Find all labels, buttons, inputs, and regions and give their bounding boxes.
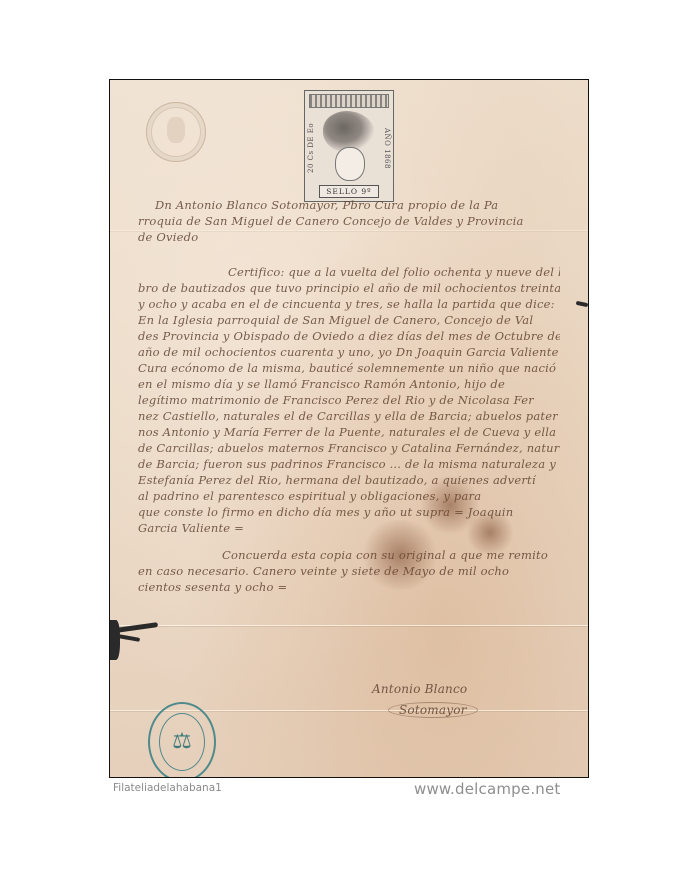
stamp-ornament-band <box>309 94 389 108</box>
handwritten-line: Certifico: que a la vuelta del folio och… <box>228 265 560 279</box>
document-scan: 20 Cs DE Eo AÑO 1868 SELLO 9º Dn Antonio… <box>109 79 589 778</box>
shield-icon <box>335 147 365 181</box>
stamp-label: SELLO 9º <box>319 185 379 198</box>
embossed-dry-seal-icon <box>146 102 206 162</box>
handwritten-line: en el mismo día y se llamó Francisco Ram… <box>138 377 505 391</box>
ink-stain <box>465 510 515 555</box>
handwritten-line: des Provincia y Obispado de Oviedo a die… <box>138 329 560 343</box>
ink-blot-mark <box>118 634 140 642</box>
handwritten-line: de Barcia; fueron sus padrinos Francisco… <box>138 457 556 471</box>
handwritten-line: cientos sesenta y ocho = <box>138 580 287 594</box>
signature-surname: Sotomayor <box>388 702 478 718</box>
handwritten-line: legítimo matrimonio de Francisco Perez d… <box>138 393 534 407</box>
ink-blot-mark <box>116 622 158 633</box>
handwritten-line: de Oviedo <box>138 230 198 244</box>
parish-seal: PARROQUIA DE Sn MIGUEL DE CANERO ⚖ <box>148 702 216 778</box>
ink-stain <box>360 520 440 590</box>
handwritten-line: en caso necesario. Canero veinte y siete… <box>138 564 509 578</box>
seller-caption: Filateliadelahabana1 <box>113 782 222 794</box>
ink-blot-mark <box>110 620 120 660</box>
handwritten-line: y ocho y acaba en el de cincuenta y tres… <box>138 297 555 311</box>
handwritten-line: Estefanía Perez del Rio, hermana del bau… <box>138 473 536 487</box>
handwritten-line: nos Antonio y María Ferrer de la Puente,… <box>138 425 556 439</box>
scales-emblem-icon: ⚖ <box>172 728 192 756</box>
handwritten-line: nez Castiello, naturales el de Carcillas… <box>138 409 558 423</box>
handwritten-line: bro de bautizados que tuvo principio el … <box>138 281 560 295</box>
paper-fold-line <box>110 625 588 626</box>
ink-blot-mark <box>576 301 589 307</box>
handwritten-line: En la Iglesia parroquial de San Miguel d… <box>138 313 533 327</box>
revenue-stamp: 20 Cs DE Eo AÑO 1868 SELLO 9º <box>304 90 394 202</box>
handwritten-line: Dn Antonio Blanco Sotomayor, Pbro Cura p… <box>155 198 498 212</box>
handwritten-line: rroquia de San Miguel de Canero Concejo … <box>138 214 524 228</box>
stamp-value-text: 20 Cs DE Eo <box>307 113 319 183</box>
handwritten-line: de Carcillas; abuelos maternos Francisco… <box>138 441 560 455</box>
handwritten-line: año de mil ochocientos cuarenta y uno, y… <box>138 345 559 359</box>
handwritten-line: Cura ecónomo de la misma, bauticé solemn… <box>138 361 556 375</box>
handwritten-line: Garcia Valiente = <box>138 521 244 535</box>
signature-name: Antonio Blanco <box>372 682 467 696</box>
stamp-year-text: AÑO 1868 <box>379 113 391 183</box>
site-watermark: www.delcampe.net <box>414 780 561 798</box>
